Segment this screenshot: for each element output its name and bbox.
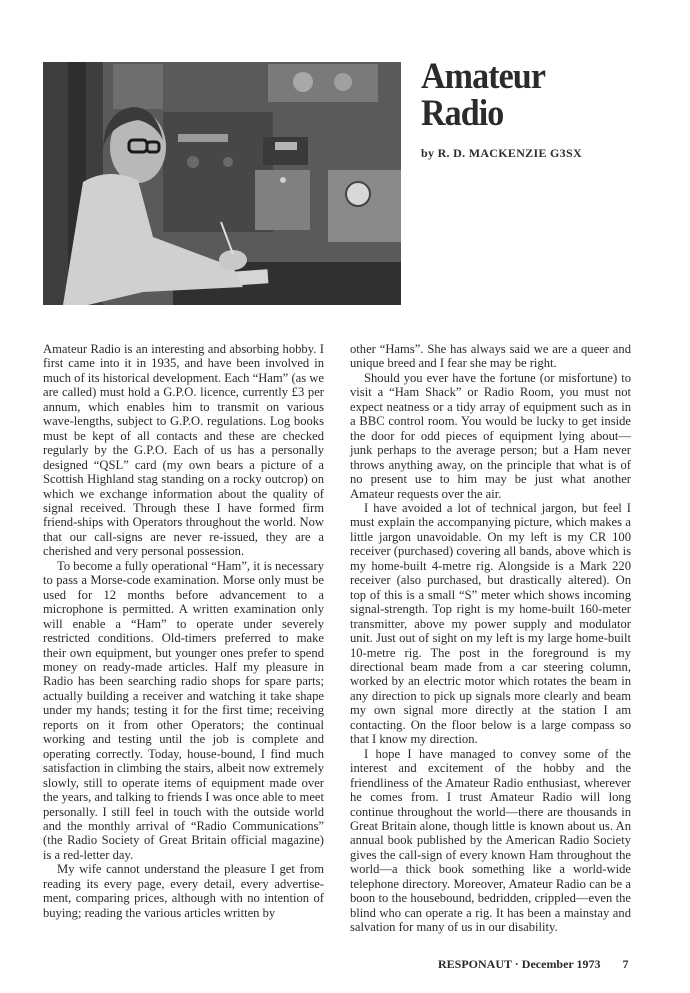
paragraph: My wife cannot understand the pleasure I… bbox=[43, 862, 324, 920]
title-line-2: Radio bbox=[421, 93, 503, 134]
byline: by R. D. MACKENZIE G3SX bbox=[421, 146, 582, 161]
text-column-2: other “Hams”. She has always said we are… bbox=[350, 342, 631, 935]
photo-of-radio-operator-icon bbox=[43, 62, 401, 305]
page-number: 7 bbox=[623, 957, 629, 971]
paragraph: I hope I have managed to convey some of … bbox=[350, 747, 631, 935]
title-line-1: Amateur bbox=[421, 56, 545, 97]
paragraph: Amateur Radio is an interesting and abso… bbox=[43, 342, 324, 559]
publication-issue: RESPONAUT · December 1973 bbox=[438, 957, 601, 971]
text-column-1: Amateur Radio is an interesting and abso… bbox=[43, 342, 324, 920]
paragraph: I have avoided a lot of technical jargon… bbox=[350, 501, 631, 747]
paragraph: To become a fully operational “Ham”, it … bbox=[43, 559, 324, 863]
page-footer: RESPONAUT · December 19737 bbox=[438, 957, 629, 972]
article-photo bbox=[43, 62, 401, 305]
paragraph: other “Hams”. She has always said we are… bbox=[350, 342, 631, 371]
article-title: Amateur Radio bbox=[421, 58, 545, 132]
paragraph: Should you ever have the fortune (or mis… bbox=[350, 371, 631, 501]
